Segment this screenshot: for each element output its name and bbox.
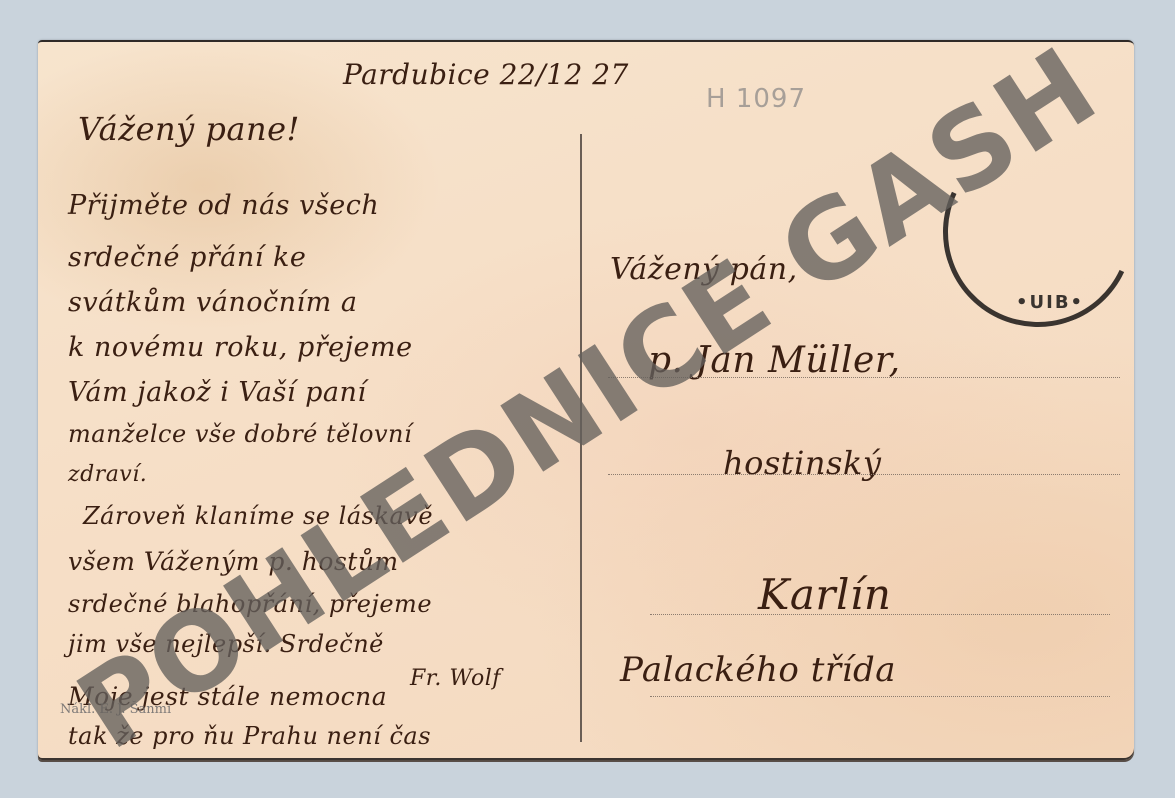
center-divider-line	[580, 134, 582, 742]
message-signature: Fr. Wolf	[410, 666, 501, 691]
address-street: Palackého třída	[620, 650, 896, 690]
message-line: tak že pro ňu Prahu není čas	[68, 722, 431, 750]
message-line: svátkům vánočním a	[68, 287, 357, 318]
message-line: zdraví.	[68, 462, 147, 487]
address-occupation: hostinský	[723, 444, 881, 482]
message-line: jim vše nejlepší. Srdečně	[68, 630, 384, 658]
message-line: Přijměte od nás všech	[68, 190, 379, 221]
message-line: manželce vše dobré tělovní	[68, 420, 412, 448]
address-line-3	[650, 614, 1110, 615]
publisher-imprint: Nákl. E. J. Šanmi	[60, 702, 171, 717]
postmark-text: •UIB•	[1016, 292, 1084, 313]
message-salutation: Vážený pane!	[78, 110, 300, 148]
message-line: srdečné blahopřání, přejeme	[68, 590, 432, 618]
address-line-2	[608, 474, 1120, 475]
message-line: Vám jakož i Vaší paní	[68, 377, 367, 408]
message-line: k novému roku, přejeme	[68, 332, 413, 363]
postmark-stamp	[916, 110, 1160, 354]
message-line: Zároveň klaníme se láskavě	[83, 502, 433, 530]
postcard: Pardubice 22/12 27 H 1097 Vážený pane! P…	[38, 40, 1134, 760]
place-date: Pardubice 22/12 27	[343, 58, 629, 91]
address-city: Karlín	[758, 570, 891, 619]
pencil-catalog-note: H 1097	[706, 84, 806, 114]
message-line: srdečné přání ke	[68, 242, 306, 273]
address-line-1	[608, 377, 1120, 378]
message-line: všem Váženým p. hostům	[68, 547, 399, 576]
address-line-4	[650, 696, 1110, 697]
address-salutation: Vážený pán,	[610, 252, 798, 287]
address-name: p. Jan Müller,	[648, 340, 901, 381]
